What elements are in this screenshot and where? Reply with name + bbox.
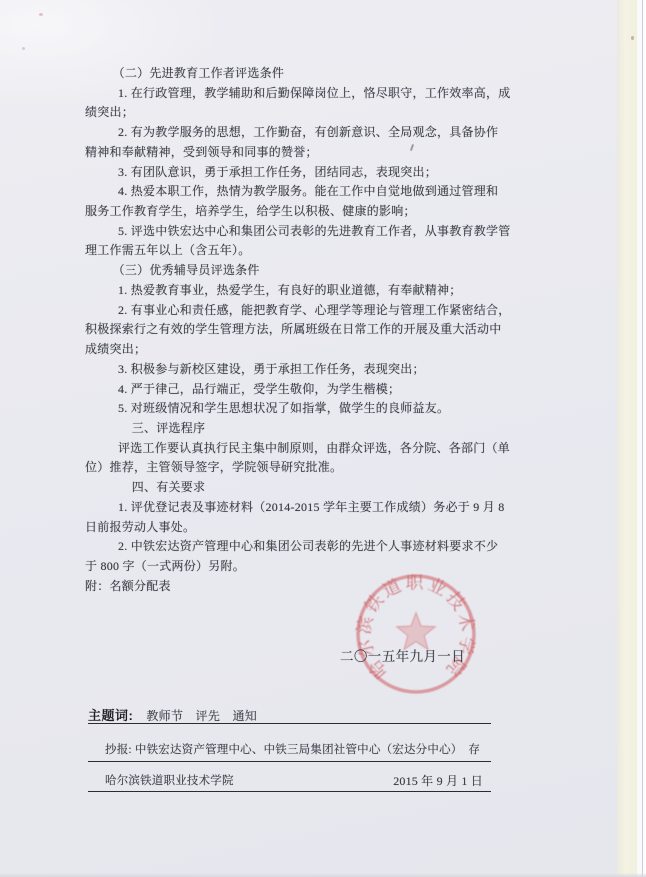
document-text-line: 2. 有事业心和责任感，能把教育学、心理学等理论与管理工作紧密结合， xyxy=(85,301,511,321)
document-text-line: 3. 积极参与新校区建设，勇于承担工作任务，表现突出； xyxy=(85,360,511,380)
subject-label: 主题词: xyxy=(88,708,133,723)
subject-values: 教师节 评先 通知 xyxy=(146,709,257,723)
document-text-line: （二）先进教育工作者评选条件 xyxy=(85,64,511,84)
document-text-line: 3. 有团队意识，勇于承担工作任务，团结同志，表现突出； xyxy=(85,163,511,183)
scanned-document-page: （二）先进教育工作者评选条件1. 在行政管理，教学辅助和后勤保障岗位上，恪尽职守… xyxy=(0,0,646,877)
scan-artifact xyxy=(22,47,25,50)
document-text-line: 4. 热爱本职工作，热情为教学服务。能在工作中自觉地做到通过管理和 xyxy=(85,182,511,202)
scan-artifact xyxy=(631,36,634,40)
issuer-name: 哈尔滨铁道职业技术学院 xyxy=(105,772,234,789)
document-text-line: 成绩突出； xyxy=(85,340,511,360)
document-text-line: 绩突出； xyxy=(85,103,511,123)
document-body: （二）先进教育工作者评选条件1. 在行政管理，教学辅助和后勤保障岗位上，恪尽职守… xyxy=(85,64,511,596)
footer-divider xyxy=(88,723,491,724)
document-text-line: 2. 中铁宏达资产管理中心和集团公司表彰的先进个人事迹材料要求不少 xyxy=(85,537,511,557)
document-text-line: 位）推荐，主管领导签字，学院领导研究批准。 xyxy=(85,458,511,478)
document-text-line: 精神和奉献精神，受到领导和同事的赞誉； xyxy=(85,143,511,163)
document-text-line: 2. 有为教学服务的思想，工作勤奋，有创新意识、全局观念，具备协作 xyxy=(85,123,511,143)
document-text-line: （三）优秀辅导员评选条件 xyxy=(85,261,511,281)
document-text-line: 评选工作要认真执行民主集中制原则，由群众评选，各分院、各部门（单 xyxy=(85,439,511,459)
scan-artifact xyxy=(39,13,43,16)
document-text-line: 4. 严于律己，品行端正，受学生敬仰，为学生楷模； xyxy=(85,380,511,400)
page-bottom-shadow xyxy=(0,873,646,877)
document-text-line: 四、有关要求 xyxy=(85,478,511,498)
copy-to-row: 抄报: 中铁宏达资产管理中心、中铁三局集团社管中心（宏达分中心） 存 xyxy=(105,741,480,757)
document-text-line: 理工作需五年以上（含五年）。 xyxy=(85,241,511,261)
document-text-line: 三、评选程序 xyxy=(85,419,511,439)
document-text-line: 1. 在行政管理，教学辅助和后勤保障岗位上，恪尽职守，工作效率高，成 xyxy=(85,84,511,104)
document-text-line: 积极探索行之有效的学生管理方法，所属班级在日常工作的开展及重大活动中 xyxy=(85,320,511,340)
official-seal-stamp: 哈尔滨铁道职业技术学院 xyxy=(353,571,479,697)
star-icon xyxy=(397,613,436,650)
page-edge-underlay xyxy=(617,0,637,877)
document-text-line: 日前报劳动人事处。 xyxy=(85,518,511,538)
document-text-line: 服务工作教育学生，培养学生，给学生以积极、健康的影响； xyxy=(85,202,511,222)
document-text-line: 5. 对班级情况和学生思想状况了如指掌，做学生的良师益友。 xyxy=(85,399,511,419)
footer-divider xyxy=(88,791,491,792)
document-text-line: 1. 评优登记表及事迹材料（2014-2015 学年主要工作成绩）务必于 9 月… xyxy=(85,498,511,518)
document-text-line: 1. 热爱教育事业，热爱学生，有良好的职业道德，有奉献精神； xyxy=(85,281,511,301)
footer-divider xyxy=(88,761,491,762)
subject-keywords-row: 主题词:教师节 评先 通知 xyxy=(88,705,491,725)
document-text-line: 5. 评选中铁宏达中心和集团公司表彰的先进教育工作者，从事教育教学管 xyxy=(85,222,511,242)
issuer-row: 哈尔滨铁道职业技术学院 2015 年 9 月 1 日 xyxy=(88,772,491,789)
print-date: 2015 年 9 月 1 日 xyxy=(393,772,483,789)
